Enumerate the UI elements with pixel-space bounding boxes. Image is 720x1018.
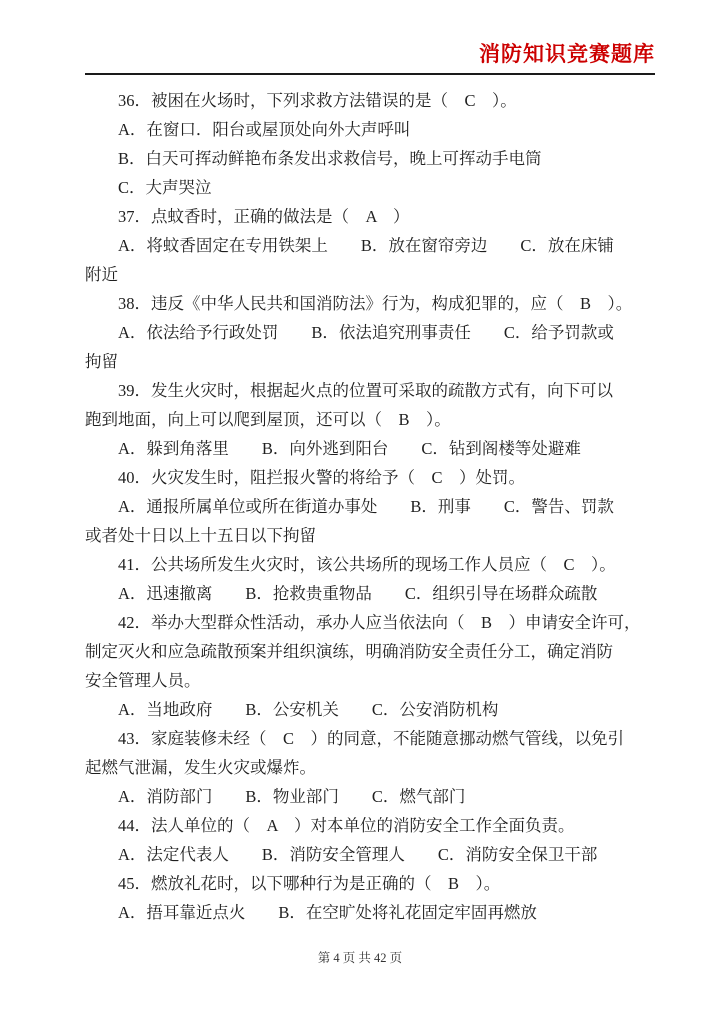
q41-options: A．迅速撤离 B．抢救贵重物品 C．组织引导在场群众疏散 <box>85 579 655 608</box>
q44-stem: 44．法人单位的（ A ）对本单位的消防安全工作全面负责。 <box>85 811 655 840</box>
q38-options-line1: A．依法给予行政处罚 B．依法追究刑事责任 C．给予罚款或 <box>85 318 655 347</box>
document-header: 消防知识竞赛题库 <box>85 40 655 75</box>
q43-options: A．消防部门 B．物业部门 C．燃气部门 <box>85 782 655 811</box>
q39-stem-line2: 跑到地面，向上可以爬到屋顶，还可以（ B ）。 <box>85 405 655 434</box>
q37-options-line1: A．将蚊香固定在专用铁架上 B．放在窗帘旁边 C．放在床铺 <box>85 231 655 260</box>
q43-stem-line1: 43．家庭装修未经（ C ）的同意，不能随意挪动燃气管线，以免引 <box>85 724 655 753</box>
q40-options-line2: 或者处十日以上十五日以下拘留 <box>85 521 655 550</box>
q36-option-b: B．白天可挥动鲜艳布条发出求救信号，晚上可挥动手电筒 <box>85 144 655 173</box>
q36-stem: 36．被困在火场时，下列求救方法错误的是（ C ）。 <box>85 86 655 115</box>
q41-stem: 41．公共场所发生火灾时，该公共场所的现场工作人员应（ C ）。 <box>85 550 655 579</box>
q37-options-line2: 附近 <box>85 260 655 289</box>
q38-options-line2: 拘留 <box>85 347 655 376</box>
q42-stem-line1: 42．举办大型群众性活动，承办人应当依法向（ B ）申请安全许可， <box>85 608 655 637</box>
page-title: 消防知识竞赛题库 <box>85 40 655 68</box>
q40-stem: 40．火灾发生时，阻拦报火警的将给予（ C ）处罚。 <box>85 463 655 492</box>
q37-stem: 37．点蚊香时，正确的做法是（ A ） <box>85 202 655 231</box>
q42-stem-line3: 安全管理人员。 <box>85 666 655 695</box>
q38-stem: 38．违反《中华人民共和国消防法》行为，构成犯罪的，应（ B ）。 <box>85 289 655 318</box>
q42-options: A．当地政府 B．公安机关 C．公安消防机构 <box>85 695 655 724</box>
footer-page-number: 第 4 页 共 42 页 <box>0 948 720 966</box>
q39-options: A．躲到角落里 B．向外逃到阳台 C．钻到阁楼等处避难 <box>85 434 655 463</box>
q36-option-c: C．大声哭泣 <box>85 173 655 202</box>
q40-options-line1: A．通报所属单位或所在街道办事处 B．刑事 C．警告、罚款 <box>85 492 655 521</box>
document-page: 消防知识竞赛题库 36．被困在火场时，下列求救方法错误的是（ C ）。 A．在窗… <box>0 0 720 1018</box>
q36-option-a: A．在窗口．阳台或屋顶处向外大声呼叫 <box>85 115 655 144</box>
q42-stem-line2: 制定灭火和应急疏散预案并组织演练，明确消防安全责任分工，确定消防 <box>85 637 655 666</box>
question-list: 36．被困在火场时，下列求救方法错误的是（ C ）。 A．在窗口．阳台或屋顶处向… <box>85 86 655 927</box>
q43-stem-line2: 起燃气泄漏，发生火灾或爆炸。 <box>85 753 655 782</box>
q45-stem: 45．燃放礼花时，以下哪种行为是正确的（ B ）。 <box>85 869 655 898</box>
page-content: 消防知识竞赛题库 36．被困在火场时，下列求救方法错误的是（ C ）。 A．在窗… <box>85 40 655 927</box>
header-rule <box>85 73 655 75</box>
q44-options: A．法定代表人 B．消防安全管理人 C．消防安全保卫干部 <box>85 840 655 869</box>
q45-options: A．捂耳靠近点火 B．在空旷处将礼花固定牢固再燃放 <box>85 898 655 927</box>
q39-stem-line1: 39．发生火灾时，根据起火点的位置可采取的疏散方式有，向下可以 <box>85 376 655 405</box>
